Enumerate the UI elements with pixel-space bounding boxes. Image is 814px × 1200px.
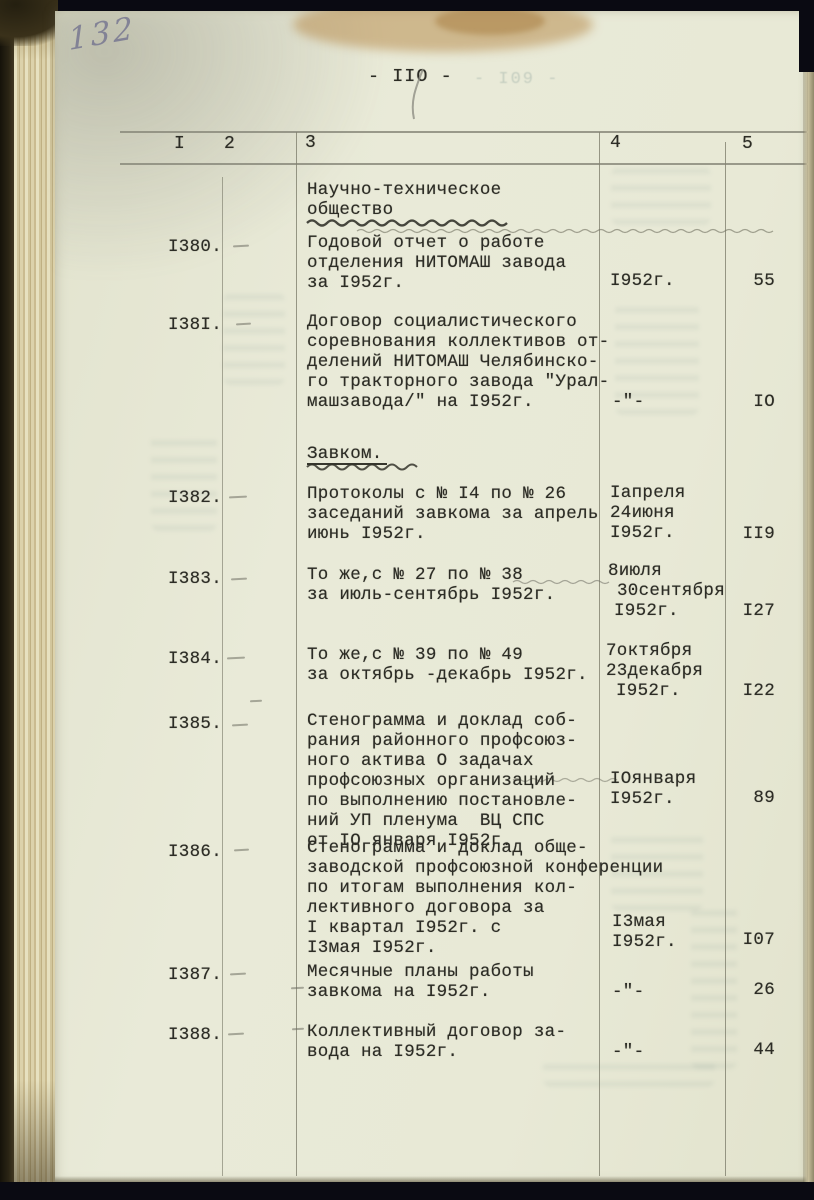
bleed-smudge <box>611 167 711 225</box>
entry-pages: I27 <box>728 601 775 621</box>
entry-description: Месячные планы работызавкома на I952г. <box>307 962 534 1002</box>
entry-description: То же,с № 27 по № 38за июль-сентябрь I95… <box>307 565 555 605</box>
top-black-bar <box>58 0 814 11</box>
entry-number: I388. <box>168 1025 222 1045</box>
table-top-rule <box>120 131 812 133</box>
pencil-dash <box>231 578 247 581</box>
column-rule-2 <box>296 132 297 1176</box>
scanned-archive-page: - IIO - - I09 - I 2 3 4 5 Научно-техниче… <box>0 0 814 1200</box>
entry-pages: 55 <box>728 271 775 291</box>
entry-number: I383. <box>168 569 222 589</box>
section-title: Научно-техническоеобщество <box>307 180 501 220</box>
column-rule-3 <box>599 132 600 1176</box>
entry-dates: 7октября23декабряI952г. <box>606 641 703 701</box>
entry-description: Протоколы с № I4 по № 26заседаний завком… <box>307 484 599 544</box>
entry-description: Годовой отчет о работеотделения НИТОМАШ … <box>307 233 566 293</box>
entry-dates: -"- <box>612 1042 644 1062</box>
pencil-dash <box>229 496 247 499</box>
bleed-smudge <box>543 1059 715 1087</box>
page-right-edge <box>803 11 814 1182</box>
wavy-underline <box>305 217 517 227</box>
entry-pages: 44 <box>728 1040 775 1060</box>
entry-dates: -"- <box>612 392 644 412</box>
bleed-smudge <box>223 293 285 385</box>
bleed-smudge <box>151 431 217 531</box>
entry-description: То же,с № 39 по № 49за октябрь -декабрь … <box>307 645 588 685</box>
entry-number: I384. <box>168 649 222 669</box>
entry-pages: 89 <box>728 788 775 808</box>
column-header-3: 3 <box>305 133 316 153</box>
table-header-rule <box>120 163 812 165</box>
entry-description: Коллективный договор за-вода на I952г. <box>307 1022 566 1062</box>
column-rule-1 <box>222 177 223 1176</box>
column-header-1: I <box>174 134 185 154</box>
entry-dates: IOянваряI952г. <box>610 769 696 809</box>
entry-description: Стенограмма и доклад соб-рания районного… <box>307 711 577 851</box>
entry-pages: I07 <box>728 930 775 950</box>
entry-dates: -"- <box>612 982 644 1002</box>
entry-description: Стенограмма и доклад обще-заводской проф… <box>307 838 663 958</box>
entry-number: I382. <box>168 488 222 508</box>
bottom-black-bar <box>0 1182 814 1200</box>
entry-number: I385. <box>168 714 222 734</box>
entry-number: I387. <box>168 965 222 985</box>
entry-pages: I22 <box>728 681 775 701</box>
column-header-2: 2 <box>224 134 235 154</box>
pencil-dash <box>250 700 262 703</box>
pencil-dash <box>232 724 248 727</box>
column-rule-4 <box>725 142 726 1176</box>
ghost-page-number: - I09 - <box>474 70 559 89</box>
pencil-dash <box>227 657 245 660</box>
pencil-dash <box>291 987 304 990</box>
entry-description: Договор социалистическогосоревнования ко… <box>307 312 609 412</box>
entry-number: I38I. <box>168 315 222 335</box>
entry-pages: II9 <box>728 524 775 544</box>
pencil-dash <box>292 1028 304 1031</box>
paper-stain <box>435 7 545 35</box>
wavy-underline <box>305 461 421 471</box>
entry-dates: Iапреля24июняI952г. <box>610 483 686 543</box>
entry-dates: I952г. <box>610 271 675 291</box>
entry-pages: 26 <box>728 980 775 1000</box>
pencil-dash <box>228 1033 244 1036</box>
pencil-dash <box>234 849 249 852</box>
entry-dates: I3маяI952г. <box>612 912 677 952</box>
page-stack-edge <box>14 0 60 1196</box>
entry-number: I380. <box>168 237 222 257</box>
column-header-5: 5 <box>742 134 753 154</box>
entry-pages: IO <box>728 392 775 412</box>
entry-dates: 8июля30сентябряI952г. <box>608 561 725 621</box>
document-page: - IIO - - I09 - I 2 3 4 5 Научно-техниче… <box>55 11 807 1182</box>
pencil-check-stroke <box>407 67 429 125</box>
column-header-4: 4 <box>610 133 621 153</box>
entry-number: I386. <box>168 842 222 862</box>
pencil-dash <box>230 973 246 976</box>
